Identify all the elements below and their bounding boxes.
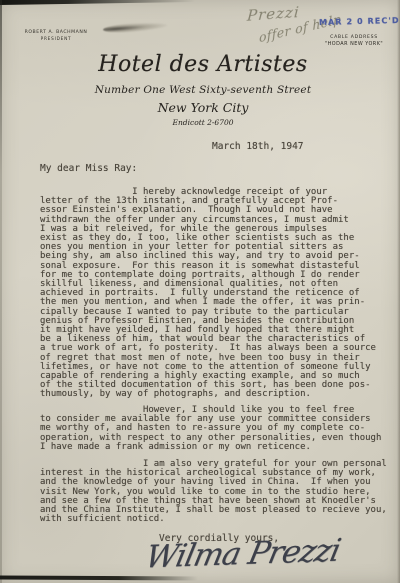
officer-title: PRESIDENT <box>18 36 94 41</box>
handwritten-signature: Wilma Prezzi <box>142 532 343 575</box>
scan-edge-left <box>0 0 2 583</box>
letter-paragraph-3: I am also very grateful for your own per… <box>40 460 387 524</box>
hotel-phone: Endicott 2-6700 <box>3 118 400 127</box>
scanned-letter-page: ROBERT A. BACHMANN PRESIDENT Prezzi offe… <box>0 0 400 583</box>
letter-salutation: My dear Miss Ray: <box>40 163 137 174</box>
hotel-name: Hotel des Artistes <box>3 52 400 77</box>
hotel-city: New York City <box>3 100 400 115</box>
cable-address-value: "HODAR NEW YORK" <box>314 41 394 48</box>
letter-date: March 18th, 1947 <box>212 141 304 152</box>
ink-smudge <box>103 21 167 34</box>
received-date-stamp: MAR 2 0 REC'D <box>319 16 400 27</box>
letter-paragraph-2: However, I should like you to feel free … <box>40 406 381 452</box>
scan-edge-bottom <box>0 575 198 580</box>
hotel-street-address: Number One West Sixty-seventh Street <box>3 84 400 96</box>
scan-edge-top <box>0 0 195 5</box>
letterhead-officer-block: ROBERT A. BACHMANN PRESIDENT <box>18 30 94 41</box>
letter-paragraph-1: I hereby acknowledge receipt of your let… <box>40 188 376 400</box>
cable-address-block: CABLE ADDRESS "HODAR NEW YORK" <box>314 35 394 48</box>
